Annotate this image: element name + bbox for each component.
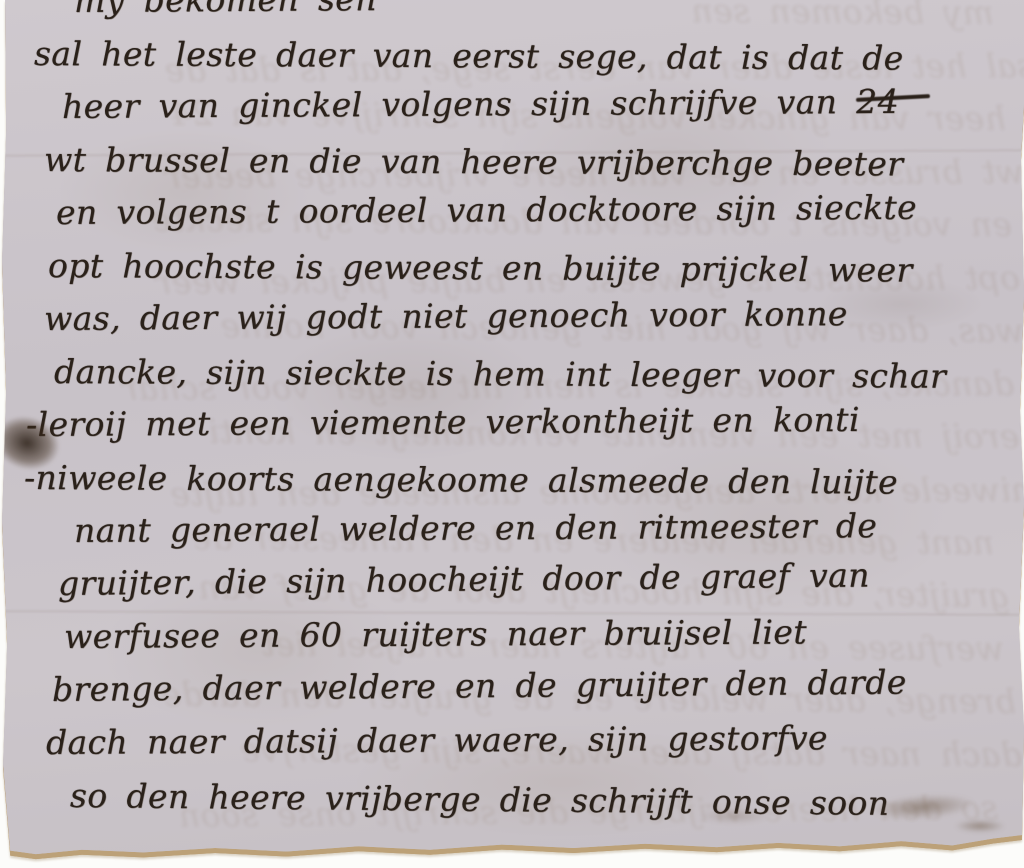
handwriting-text-block: my bekomen sen sal het leste daer van ee… [34,0,1024,822]
handwriting-line: en volgens t oordeel van docktoore sijn … [56,180,1024,239]
ink-smudge [948,818,1012,834]
handwriting-line: dach naer datsij daer waere, sijn gestor… [46,710,1024,769]
handwriting-line: werfusee en 60 ruijters naer bruijsel li… [64,604,1024,663]
handwriting-line: -leroij met een viemente verkontheijt en… [26,392,1024,451]
letter-scan: my bekomen sen sal het leste daer van ee… [0,0,1024,868]
paper-sheet: my bekomen sen sal het leste daer van ee… [0,0,1024,868]
handwriting-line: gruijter, die sijn hoocheijt door de gra… [58,547,1024,610]
handwriting-line: was, daer wij godt niet genoech voor kon… [44,286,1024,345]
handwriting-line: brenge, daer weldere en de gruijter den … [52,654,1024,716]
handwriting-line: my bekomen sen [74,0,1024,27]
paper-sheet-wrap: my bekomen sen sal het leste daer van ee… [0,0,1024,868]
handwriting-line: heer van ginckel volgens sijn schrijfve … [62,74,1024,133]
ink-smudge [690,806,780,826]
